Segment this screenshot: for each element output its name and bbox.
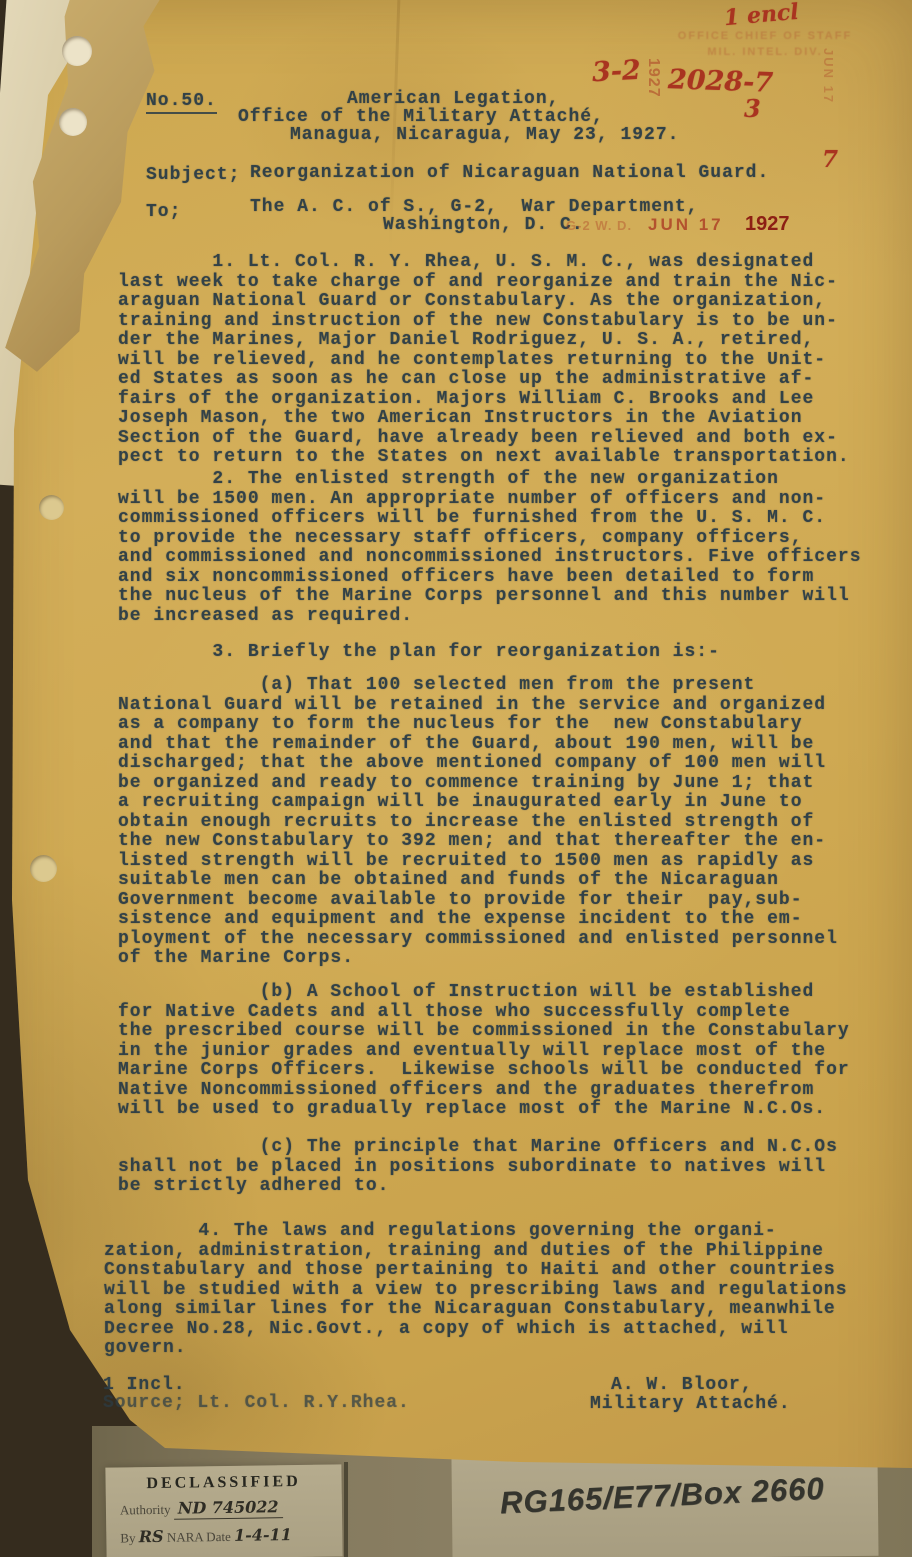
file-number-left: 3-2: [591, 55, 641, 89]
paragraph-a: (a) That 100 selected men from the prese…: [118, 676, 838, 969]
paragraph-1: 1. Lt. Col. R. Y. Rhea, U. S. M. C., was…: [118, 253, 850, 468]
to-line-2: Washington, D. C.: [383, 216, 584, 236]
scanned-document-page: DECLASSIFIED Authority ND 745022 By RS N…: [0, 0, 912, 1557]
faint-office-stamp-line-1: OFFICE CHIEF OF STAFF: [650, 30, 880, 42]
by-handwritten-initials: RS: [139, 1527, 164, 1546]
archive-reference: RG165/E77/Box 2660: [499, 1471, 825, 1522]
archive-reference-strip: RG165/E77/Box 2660: [451, 1454, 878, 1557]
faint-office-stamp-line-2: MIL. INTEL. DIV.: [650, 46, 880, 58]
paragraph-c: (c) The principle that Marine Officers a…: [118, 1138, 838, 1197]
paragraph-4: 4. The laws and regulations governing th…: [104, 1222, 848, 1359]
file-number-sub: 3: [744, 94, 761, 123]
punch-hole: [59, 108, 87, 136]
punch-hole: [39, 495, 64, 520]
subject-value: Reorganization of Nicaraguan National Gu…: [250, 164, 769, 184]
punch-hole: [30, 855, 57, 882]
authority-label: Authority: [120, 1502, 171, 1518]
declassified-by-row: By RS NARA Date 1-4-11: [120, 1525, 292, 1546]
declassified-title: DECLASSIFIED: [105, 1472, 341, 1493]
authority-handwritten-value: ND 745022: [174, 1497, 283, 1520]
letterhead-line-3: Managua, Nicaragua, May 23, 1927.: [290, 126, 679, 146]
by-label: By: [120, 1530, 135, 1545]
to-label: To;: [146, 203, 181, 223]
source-note: Source; Lt. Col. R.Y.Rhea.: [103, 1394, 410, 1414]
doc-number: No.50.: [146, 92, 217, 112]
vertical-year-stamp: 1927: [644, 58, 662, 98]
punch-hole: [62, 36, 92, 66]
declassified-stamp: DECLASSIFIED Authority ND 745022 By RS N…: [105, 1464, 342, 1557]
nara-date-label: NARA Date: [167, 1529, 231, 1545]
declassified-authority-row: Authority ND 745022: [120, 1497, 283, 1518]
signature-title: Military Attaché.: [590, 1395, 791, 1415]
received-stamp-prefix: G-2 W. D.: [566, 218, 632, 233]
received-stamp-date: JUN 17: [648, 215, 724, 235]
signature-name: A. W. Bloor,: [611, 1376, 753, 1396]
vertical-faint-date-stamp: JUN 17: [821, 48, 836, 104]
margin-seven: 7: [822, 146, 838, 173]
paragraph-b: (b) A School of Instruction will be esta…: [118, 983, 850, 1120]
subject-label: Subject;: [146, 166, 240, 186]
nara-date-handwritten-value: 1-4-11: [234, 1525, 292, 1545]
received-stamp-year: 1927: [745, 213, 790, 236]
paragraph-3: 3. Briefly the plan for reorganization i…: [118, 643, 720, 663]
label-divider: [344, 1462, 348, 1557]
paragraph-2: 2. The enlisted strength of the new orga…: [118, 470, 862, 626]
